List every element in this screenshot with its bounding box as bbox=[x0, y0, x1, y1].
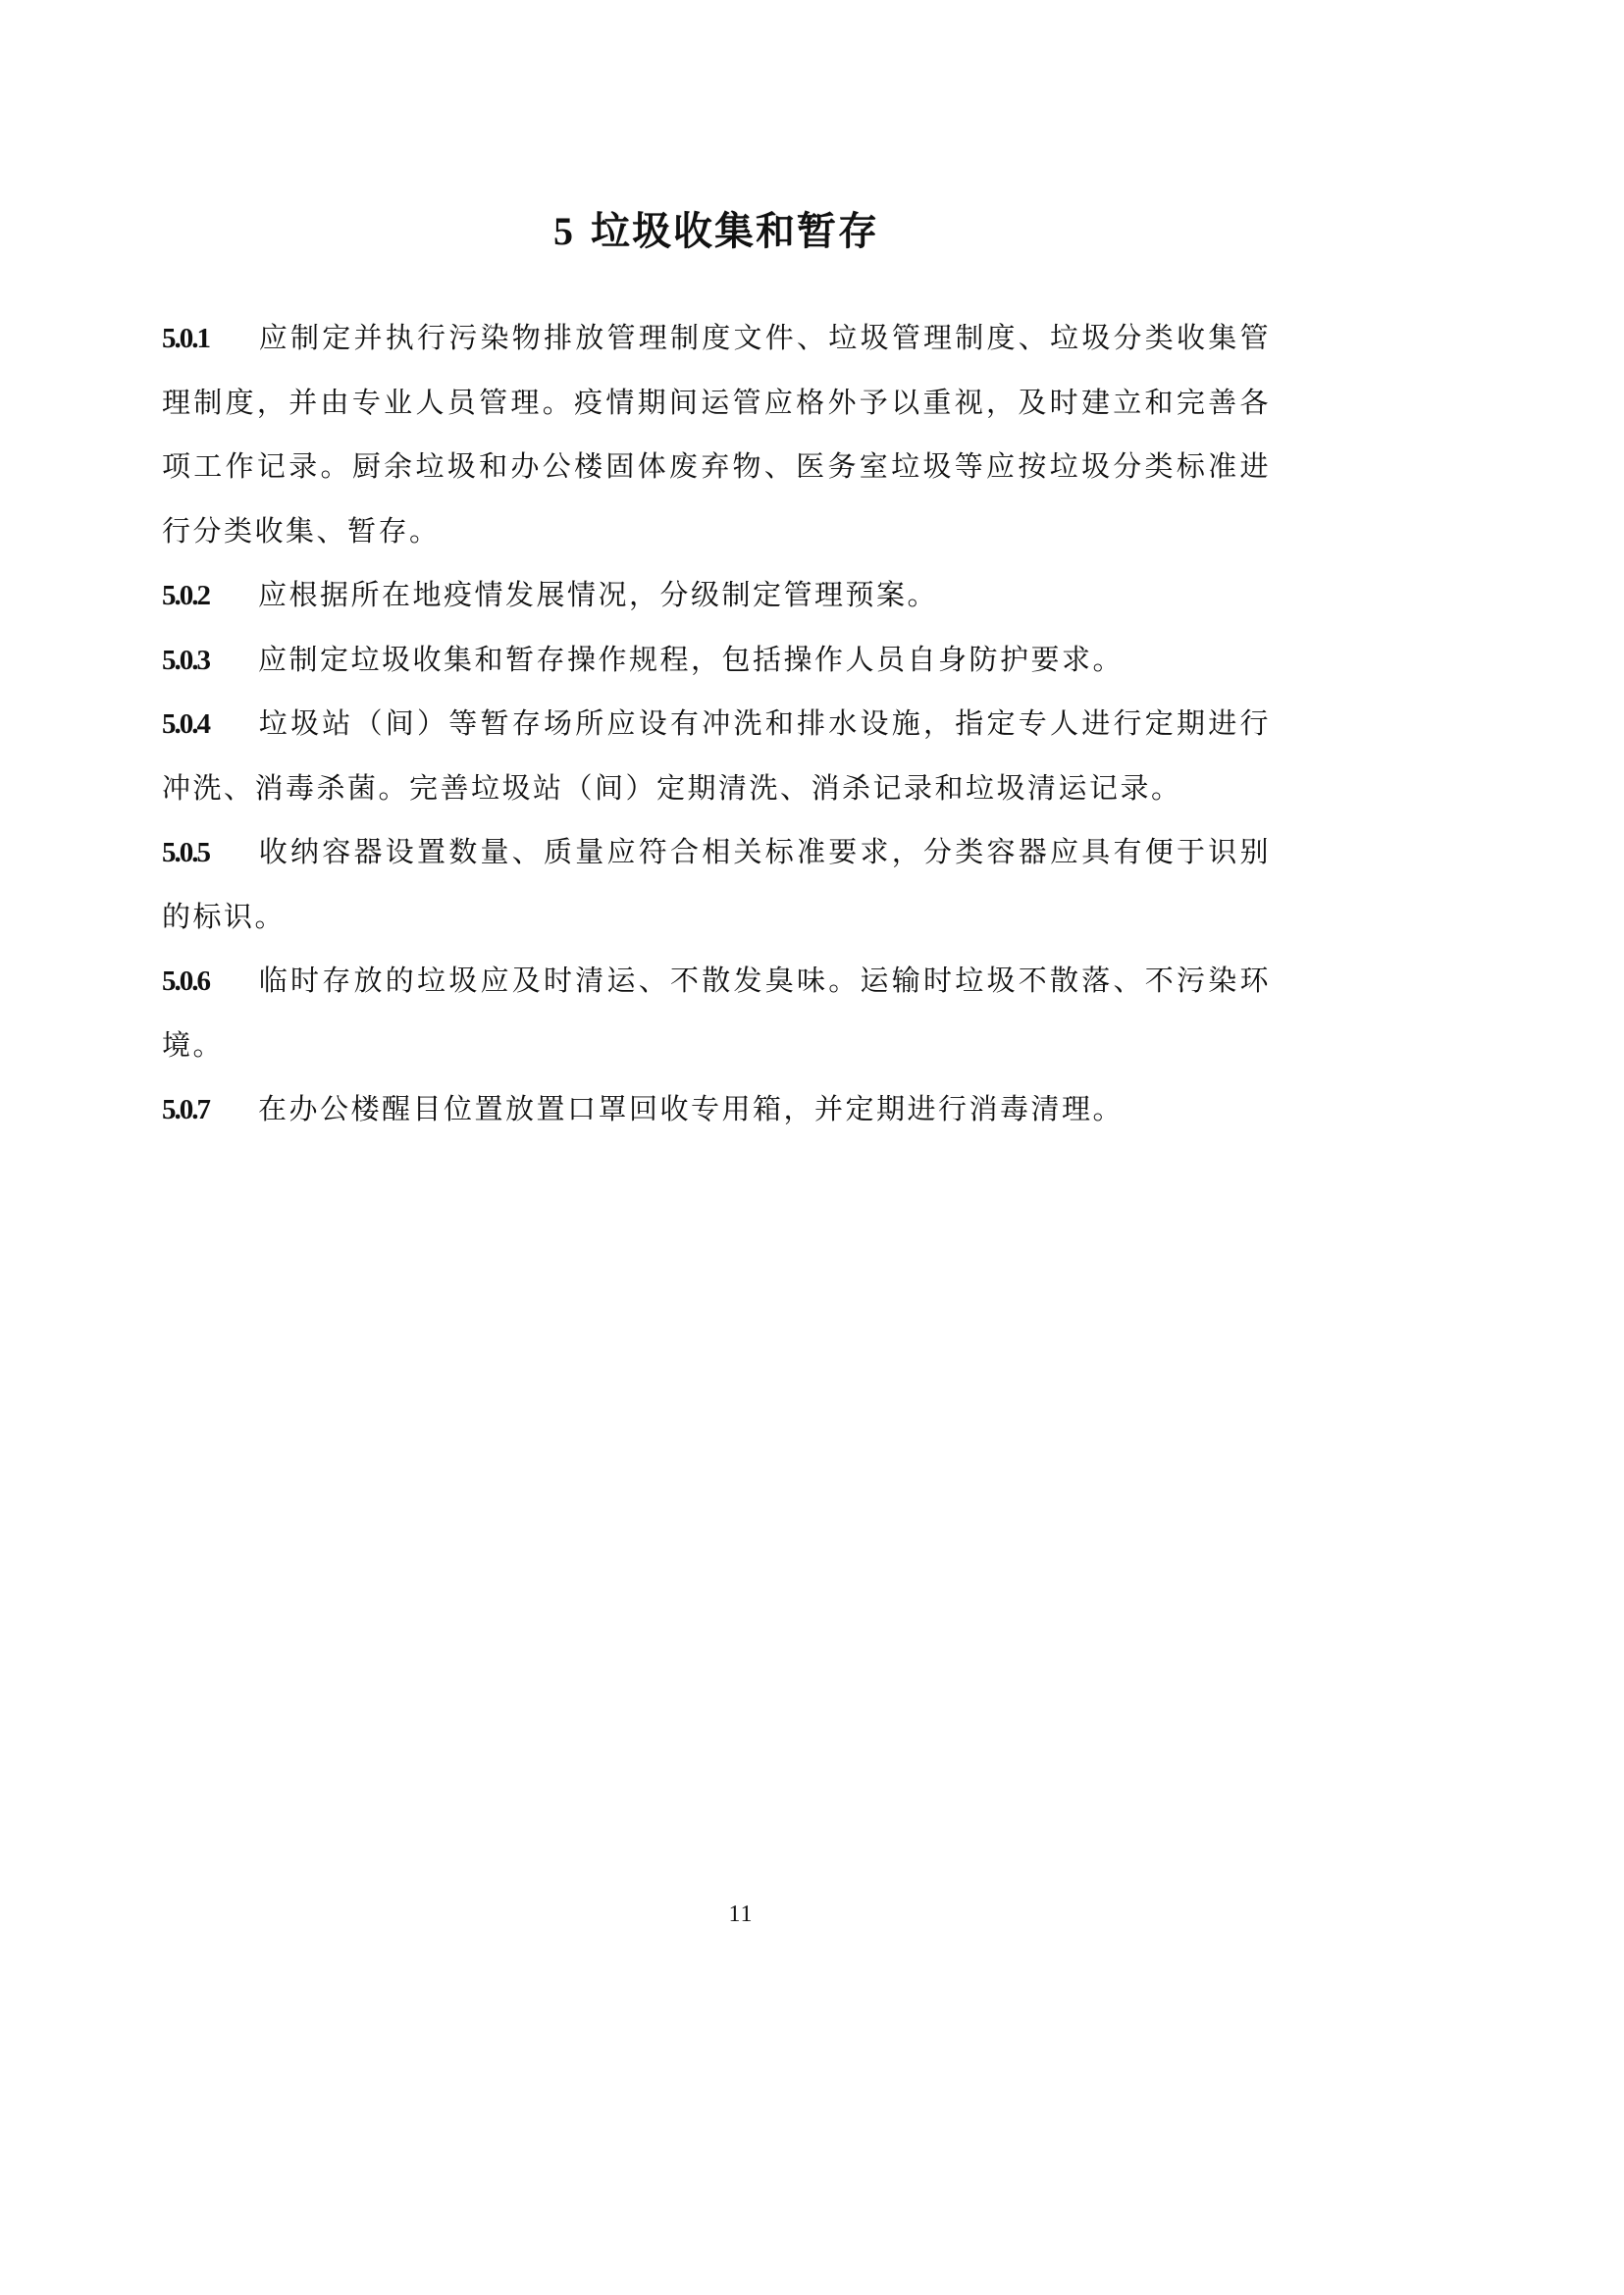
clause-number: 5.0.4 bbox=[162, 708, 209, 740]
clause-number: 5.0.5 bbox=[162, 837, 209, 868]
clause-text: 临时存放的垃圾应及时清运、不散发臭味。运输时垃圾不散落、不污染环境。 bbox=[162, 965, 1271, 1062]
document-content: 5垃圾收集和暂存 5.0.1应制定并执行污染物排放管理制度文件、垃圾管理制度、垃… bbox=[162, 201, 1271, 1143]
page-number: 11 bbox=[162, 1902, 1320, 1928]
clause-text: 在办公楼醒目位置放置口罩回收专用箱，并定期进行消毒清理。 bbox=[258, 1094, 1124, 1125]
clause-number: 5.0.2 bbox=[162, 580, 209, 611]
clause: 5.0.6临时存放的垃圾应及时清运、不散发臭味。运输时垃圾不散落、不污染环境。 bbox=[162, 950, 1271, 1078]
clause-text: 应制定垃圾收集和暂存操作规程，包括操作人员自身防护要求。 bbox=[258, 645, 1124, 676]
chapter-number: 5 bbox=[553, 209, 573, 253]
clause-text: 收纳容器设置数量、质量应符合相关标准要求，分类容器应具有便于识别的标识。 bbox=[162, 837, 1271, 933]
chapter-title-text: 垃圾收集和暂存 bbox=[591, 209, 879, 253]
chapter-title: 5垃圾收集和暂存 bbox=[162, 201, 1271, 262]
clause: 5.0.5收纳容器设置数量、质量应符合相关标准要求，分类容器应具有便于识别的标识… bbox=[162, 821, 1271, 950]
clause-number: 5.0.1 bbox=[162, 323, 209, 354]
clause: 5.0.2应根据所在地疫情发展情况，分级制定管理预案。 bbox=[162, 564, 1271, 629]
clause: 5.0.1应制定并执行污染物排放管理制度文件、垃圾管理制度、垃圾分类收集管理制度… bbox=[162, 307, 1271, 564]
clause-number: 5.0.3 bbox=[162, 645, 209, 676]
clause: 5.0.3应制定垃圾收集和暂存操作规程，包括操作人员自身防护要求。 bbox=[162, 629, 1271, 694]
document-page: 5垃圾收集和暂存 5.0.1应制定并执行污染物排放管理制度文件、垃圾管理制度、垃… bbox=[0, 0, 1624, 2295]
clause-number: 5.0.6 bbox=[162, 965, 209, 997]
clause-number: 5.0.7 bbox=[162, 1094, 209, 1125]
clause-text: 应根据所在地疫情发展情况，分级制定管理预案。 bbox=[258, 580, 938, 611]
clause-text: 垃圾站（间）等暂存场所应设有冲洗和排水设施，指定专人进行定期进行冲洗、消毒杀菌。… bbox=[162, 708, 1271, 805]
clause: 5.0.7在办公楼醒目位置放置口罩回收专用箱，并定期进行消毒清理。 bbox=[162, 1078, 1271, 1143]
clause: 5.0.4垃圾站（间）等暂存场所应设有冲洗和排水设施，指定专人进行定期进行冲洗、… bbox=[162, 693, 1271, 821]
clause-text: 应制定并执行污染物排放管理制度文件、垃圾管理制度、垃圾分类收集管理制度，并由专业… bbox=[162, 323, 1271, 548]
